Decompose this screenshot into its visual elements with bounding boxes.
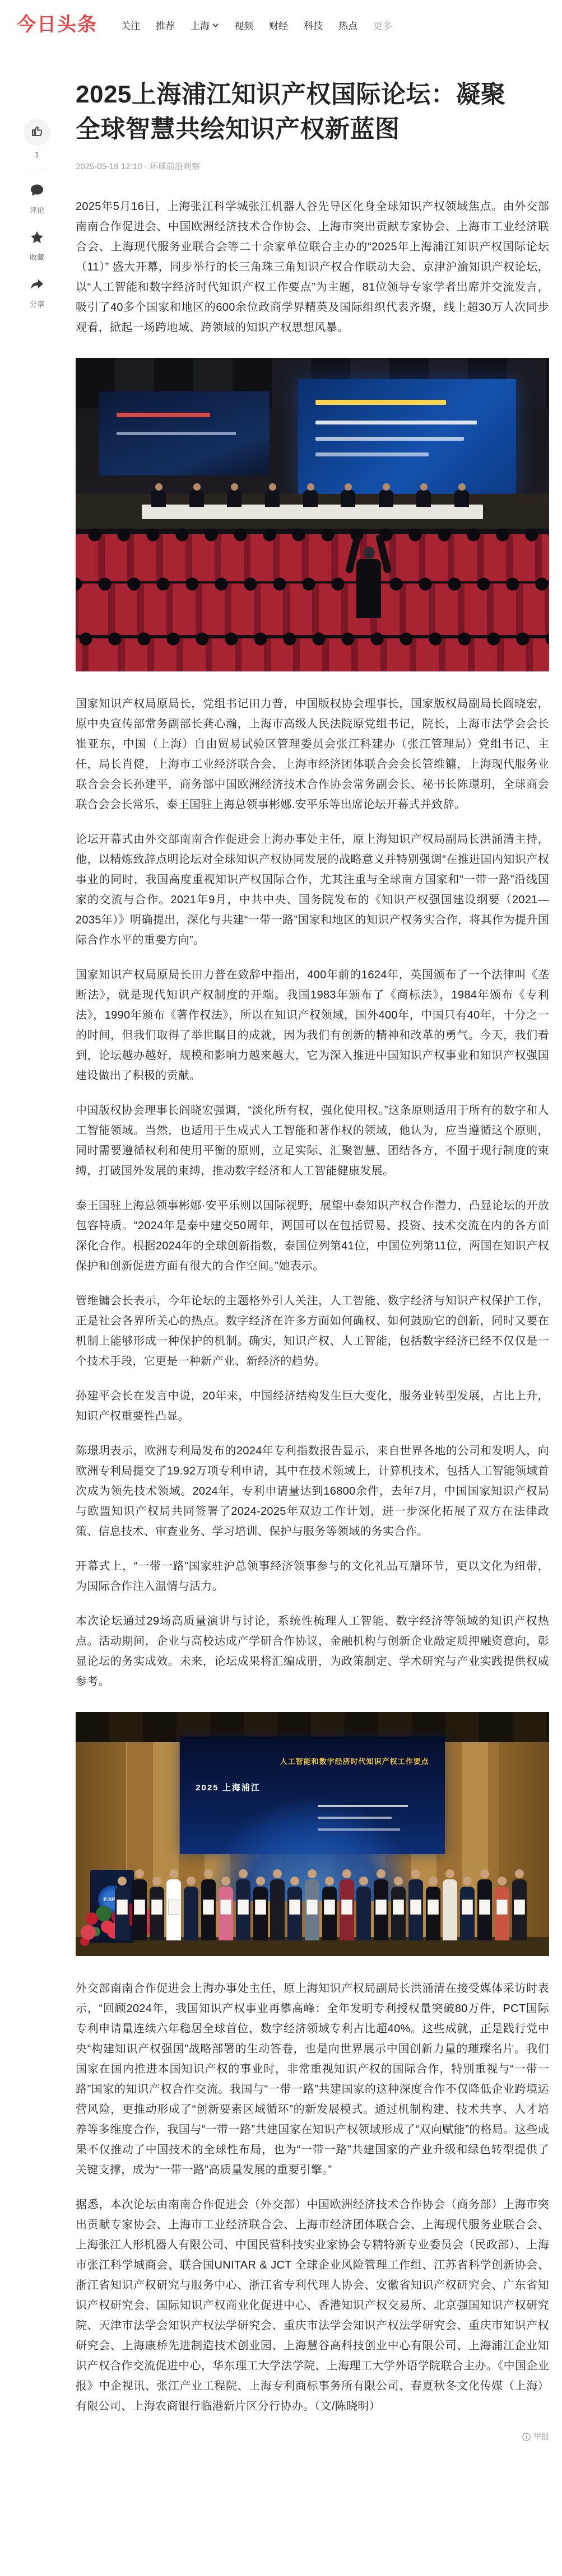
person-head <box>463 1877 472 1886</box>
star-icon <box>29 230 45 248</box>
article-paragraph: 中国版权协会理事长阎晓宏强调，“淡化所有权，强化使用权。”这条原则适用于所有的数… <box>76 1100 549 1181</box>
nav-item[interactable]: 科技 <box>304 18 323 32</box>
photo-person <box>340 1869 354 1940</box>
photo-person <box>512 1869 527 1940</box>
banner-text-bar <box>117 413 210 417</box>
photo-side-banner <box>99 391 270 475</box>
photo-person <box>305 1869 319 1940</box>
person-head <box>308 1869 317 1878</box>
photo-standing-photographer <box>341 534 394 618</box>
screen-text-bar <box>318 1828 400 1831</box>
person-certificate <box>168 1900 179 1915</box>
person-head <box>394 1877 403 1886</box>
person-certificate <box>375 1900 387 1915</box>
photo-person <box>391 1877 406 1940</box>
nav-item[interactable]: 视频 <box>234 18 253 32</box>
person-head <box>480 1869 489 1878</box>
person-head <box>239 1869 248 1878</box>
person-head <box>515 1869 524 1878</box>
screen-text-bar <box>315 452 429 456</box>
person-head <box>429 1877 438 1886</box>
person-head <box>342 1869 351 1878</box>
person-certificate <box>393 1900 404 1915</box>
person-certificate <box>220 1900 231 1915</box>
person-certificate <box>203 1900 214 1915</box>
photo-panelist <box>416 490 431 507</box>
photo-panelist <box>341 490 355 507</box>
photo-panelist <box>227 490 241 507</box>
share-button[interactable]: 分享 <box>29 277 45 309</box>
article-paragraph: 管维镛会长表示，今年论坛的主题格外引人关注，人工智能、数字经济与知识产权保护工作… <box>76 1291 549 1371</box>
photo-audience-heads <box>76 525 549 544</box>
nav-item[interactable]: 上海 <box>191 18 219 32</box>
photo-person <box>495 1877 509 1940</box>
person-head <box>221 1877 230 1886</box>
person-certificate <box>410 1900 421 1915</box>
info-icon <box>522 2433 531 2441</box>
report-button[interactable]: 举报 <box>76 2431 549 2442</box>
nav-item[interactable]: 热点 <box>338 18 357 32</box>
photo-audience <box>76 529 549 671</box>
person-body <box>356 1887 371 1940</box>
person-certificate <box>341 1900 352 1915</box>
person-body <box>443 1879 457 1940</box>
flower <box>86 1912 98 1925</box>
person-certificate <box>428 1900 439 1915</box>
person-certificate <box>151 1900 162 1915</box>
screen-text-bar <box>318 1817 392 1819</box>
flower <box>81 1925 96 1940</box>
article-paragraph: 孙建平会长在发言中说，20年来，中国经济结构发生巨大变化，服务业转型发展，占比上… <box>76 1386 549 1426</box>
action-rail: 1 评论 收藏 分享 <box>19 119 55 324</box>
photo-person <box>356 1877 371 1940</box>
photo-person <box>374 1869 388 1940</box>
photo-person <box>201 1869 216 1940</box>
photo-person <box>477 1869 492 1940</box>
person-head <box>359 1877 368 1886</box>
photo-person <box>132 1869 147 1940</box>
person-certificate <box>324 1900 335 1915</box>
person-head <box>411 1869 420 1878</box>
article-paragraph: 开幕式上，“一带一路”国家驻沪总领事经济领事参与的文化礼品互赠环节，更以文化为纽… <box>76 1556 549 1597</box>
photo-person <box>270 1869 285 1940</box>
person-certificate <box>462 1900 473 1915</box>
photo-panelist <box>189 490 204 507</box>
person-head <box>187 1877 196 1886</box>
person-head <box>118 1877 127 1886</box>
person-head <box>204 1869 213 1878</box>
like-button[interactable] <box>24 119 50 146</box>
article-paragraph: 泰王国驻上海总领事彬娜·安平乐则以国际视野，展望中泰知识产权合作潜力，凸显论坛的… <box>76 1196 549 1276</box>
article-photo-group-photo: 人工智能和数字经济时代知识产权工作要点2025 上海浦江PJIPIF <box>76 1712 549 1956</box>
article-paragraph: 国家知识产权局原局长田力普在致辞中指出，400年前的1624年，英国颁布了一个法… <box>76 965 549 1086</box>
photo-audience-heads <box>76 575 549 594</box>
photographer-torso <box>356 559 381 618</box>
person-head <box>256 1877 265 1886</box>
main-nav: 关注推荐上海视频财经科技热点更多 <box>113 18 400 32</box>
person-head <box>498 1877 507 1886</box>
photo-audience-heads <box>76 629 549 648</box>
person-head <box>325 1877 334 1886</box>
comment-label: 评论 <box>30 204 44 215</box>
photo-panelist <box>265 490 280 507</box>
article-paragraph: 外交部南南合作促进会上海办事处主任，原上海知识产权局副局长洪涌清在接受媒体采访时… <box>76 1978 549 2180</box>
photo-panelist <box>379 490 393 507</box>
toutiao-logo[interactable]: 今日头条 <box>17 15 97 34</box>
article-paragraph: 国家知识产权局原局长，党组书记田力普，中国版权协会理事长，国家版权局副局长阎晓宏… <box>76 694 549 815</box>
photo-seat-row <box>76 584 549 635</box>
banner-text-bar <box>117 432 236 435</box>
photo-person <box>253 1877 268 1940</box>
nav-item[interactable]: 更多 <box>373 18 392 32</box>
photo-seat-row <box>76 638 549 671</box>
chevron-down-icon <box>212 19 219 30</box>
photo-person <box>287 1877 302 1940</box>
article-body: 2025年5月16日，上海张江科学城张江机器人谷先导区化身全球知识产权领域焦点。… <box>76 197 549 2416</box>
photo-person <box>408 1869 423 1940</box>
article-title: 2025上海浦江知识产权国际论坛：凝聚全球智慧共绘知识产权新蓝图 <box>76 77 518 147</box>
person-head <box>273 1869 282 1878</box>
article-paragraph: 论坛开幕式由外交部南南合作促进会上海办事处主任，原上海知识产权局副局长洪涌清主持… <box>76 829 549 950</box>
photo-person <box>115 1877 129 1940</box>
favorite-button[interactable]: 收藏 <box>29 230 45 262</box>
photo-screen-title: 人工智能和数字经济时代知识产权工作要点 <box>196 1756 429 1766</box>
nav-item[interactable]: 推荐 <box>156 18 175 32</box>
photo-person <box>236 1869 250 1940</box>
person-head <box>377 1869 385 1878</box>
screen-text-bar <box>315 437 463 441</box>
article-paragraph: 2025年5月16日，上海张江科学城张江机器人谷先导区化身全球知识产权领域焦点。… <box>76 197 549 338</box>
article: 2025上海浦江知识产权国际论坛：凝聚全球智慧共绘知识产权新蓝图 2025-05… <box>76 77 549 2442</box>
comment-button[interactable]: 评论 <box>29 183 45 215</box>
person-certificate <box>514 1900 525 1915</box>
share-icon <box>29 277 45 295</box>
report-label: 举报 <box>533 2431 549 2442</box>
photographer-head <box>364 547 375 559</box>
screen-text-bar <box>318 1805 408 1807</box>
nav-item[interactable]: 财经 <box>269 18 288 32</box>
photo-person <box>322 1877 337 1940</box>
person-head <box>135 1869 144 1878</box>
person-certificate <box>238 1900 249 1915</box>
comment-icon <box>29 183 45 201</box>
person-head <box>169 1869 178 1878</box>
rail-divider <box>26 170 48 170</box>
article-paragraph: 据悉，本次论坛由南南合作促进会（外交部）中国欧洲经济技术合作协会（商务部）上海市… <box>76 2195 549 2416</box>
person-head <box>445 1869 454 1878</box>
nav-item[interactable]: 关注 <box>121 18 140 32</box>
photo-people-row <box>115 1834 527 1940</box>
photo-screen-badge: 2025 上海浦江 <box>196 1781 261 1793</box>
photo-panelist <box>454 490 469 507</box>
photo-panelist <box>303 490 318 507</box>
favorite-label: 收藏 <box>30 251 44 262</box>
photo-projection-screen <box>298 379 516 494</box>
photo-panelist <box>151 490 166 507</box>
person-certificate <box>255 1900 266 1915</box>
photo-person <box>150 1877 164 1940</box>
photo-person <box>460 1877 475 1940</box>
like-count: 1 <box>35 150 39 160</box>
person-head <box>152 1877 161 1886</box>
person-certificate <box>496 1900 508 1915</box>
person-certificate <box>306 1900 318 1915</box>
site-header: 今日头条 关注推荐上海视频财经科技热点更多 <box>0 0 562 35</box>
photo-person <box>219 1877 233 1940</box>
person-body <box>184 1887 198 1940</box>
article-photo-conference-hall <box>76 358 549 671</box>
article-paragraph: 本次论坛通过29场高质量演讲与讨论，系统性梳理人工智能、数字经济等领域的知识产权… <box>76 1611 549 1692</box>
article-meta: 2025-05-19 12:10 · 环球前沿观察 <box>76 160 549 172</box>
flower <box>96 1906 112 1921</box>
person-head <box>290 1877 299 1886</box>
thumbs-up-icon <box>30 124 44 141</box>
person-body <box>270 1879 285 1940</box>
person-certificate <box>289 1900 300 1915</box>
photo-person <box>166 1869 181 1940</box>
person-certificate <box>117 1900 128 1915</box>
share-label: 分享 <box>30 298 44 309</box>
person-certificate <box>134 1900 145 1915</box>
photo-person <box>426 1877 440 1940</box>
screen-text-bar <box>315 421 477 424</box>
photo-person <box>443 1869 457 1940</box>
article-paragraph: 陈璟玥表示，欧洲专利局发布的2024年专利指数报告显示，来自世界各地的公司和发明… <box>76 1441 549 1542</box>
photo-person <box>184 1877 198 1940</box>
screen-text-bar <box>315 400 446 405</box>
person-certificate <box>479 1900 490 1915</box>
